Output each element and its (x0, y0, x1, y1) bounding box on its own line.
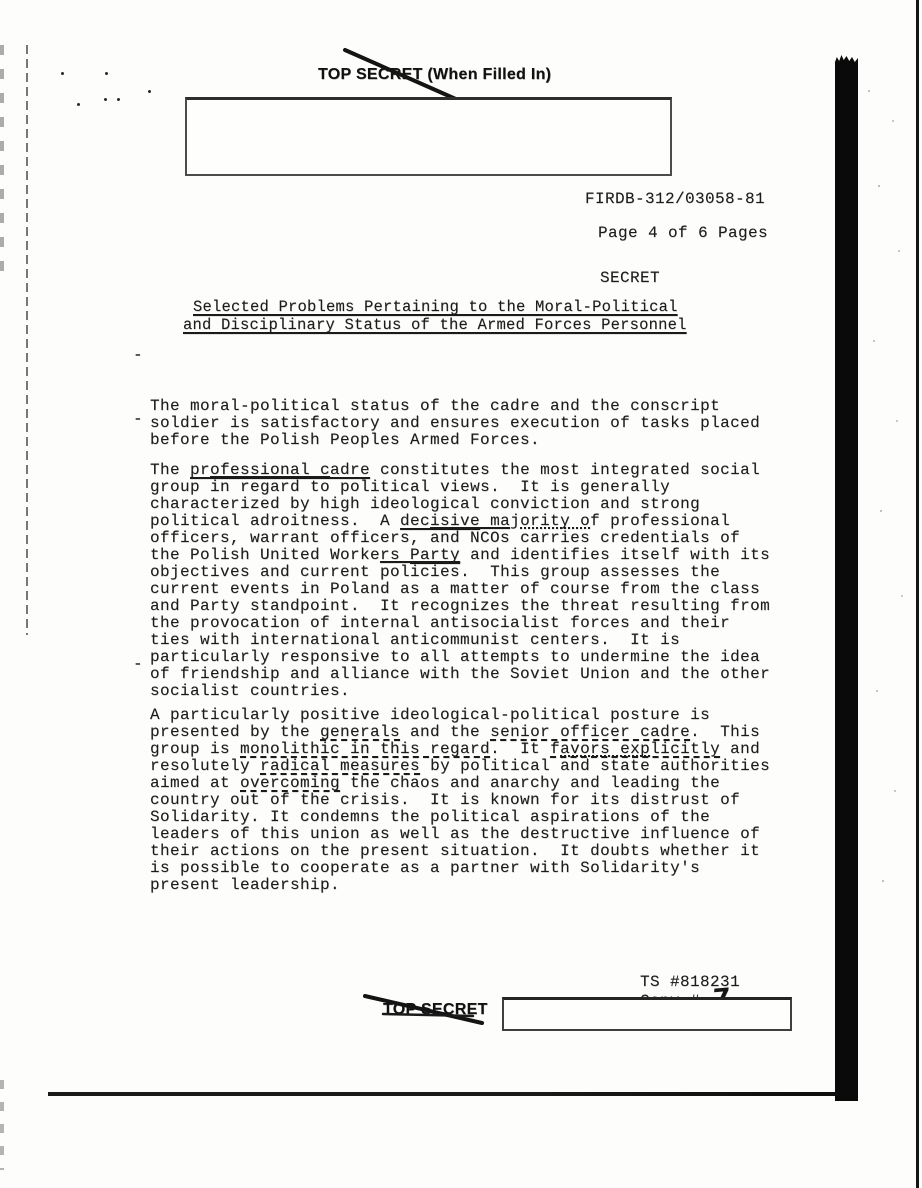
paragraph-text: A particularly positive ideological-poli… (150, 707, 790, 894)
annotated-text-run: and state (560, 757, 650, 775)
top-classification-banner: TOP SECRET (When Filled In) (318, 66, 551, 84)
film-edge-line (26, 45, 28, 635)
annotated-text-run: in regard to (210, 478, 330, 496)
annotated-text-run: professional cadre (190, 461, 370, 479)
annotated-text-run: favors explicitly (550, 740, 720, 758)
page-count: Page 4 of 6 Pages (598, 225, 768, 242)
header-blank-form-box (185, 97, 672, 176)
text-run: . It (490, 740, 550, 758)
annotated-text-run: policies (380, 563, 460, 581)
bullet-dash: - (133, 411, 143, 428)
annotated-text-run: Party (410, 546, 460, 564)
film-sprocket-marks-top (0, 45, 4, 275)
annotated-text-run: carries (520, 529, 590, 547)
bullet-dash: - (133, 347, 143, 364)
annotated-text-run: monolithic in this regard (240, 740, 490, 758)
annotated-text-run: overcoming (240, 774, 340, 792)
annotated-text-run: generals (320, 723, 400, 741)
bullet-dash: - (133, 656, 143, 673)
scanned-document-page: TOP SECRET (When Filled In) FIRDB-312/03… (0, 0, 922, 1188)
paragraph-generals-posture: - A particularly positive ideological-po… (150, 656, 790, 928)
footer-blank-form-box (502, 997, 792, 1031)
text-run: and the (400, 723, 490, 741)
scan-right-edge-line (916, 0, 919, 1188)
document-number: FIRDB-312/03058-81 (585, 191, 765, 208)
document-title-line2: and Disciplinary Status of the Armed For… (183, 317, 687, 334)
classification-marking: SECRET (600, 270, 660, 287)
bottom-classification-banner: TOP SECRET (383, 1001, 488, 1019)
scan-black-bar (835, 55, 858, 1101)
scan-noise-dots (868, 90, 870, 92)
text-run (510, 529, 520, 547)
text-run: by political (420, 757, 560, 775)
document-title-line1: Selected Problems Pertaining to the Mora… (193, 299, 678, 316)
bottom-horizontal-rule (48, 1092, 838, 1096)
annotated-text-run: decisive (400, 512, 480, 530)
ink-speck-dots (61, 72, 64, 75)
text-run: the chaos and anarchy and leading the co… (150, 774, 760, 894)
text-run: The (150, 461, 190, 479)
annotated-text-run: senior officer cadre (490, 723, 690, 741)
annotated-text-run: and NCOs (430, 529, 510, 547)
film-sprocket-marks-bottom (0, 1080, 4, 1170)
annotated-text-run: radical measures (260, 757, 420, 775)
